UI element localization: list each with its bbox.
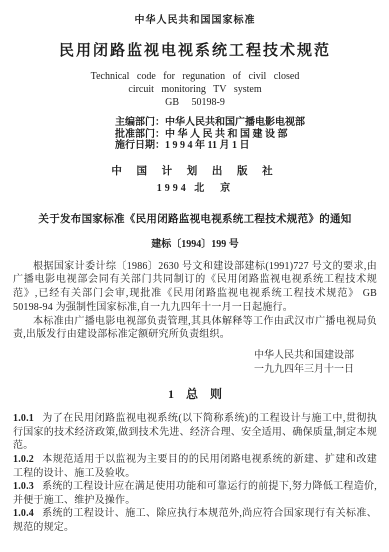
chapter-heading: 1 总 则 — [13, 385, 377, 402]
meta-block: 主编部门：中华人民共和国广播电影电视部 批准部门：中 华 人 民 共 和 国 建… — [115, 117, 305, 152]
notice-doc-number: 建标〔1994〕199 号 — [13, 235, 377, 250]
meta-chief-editor-line: 主编部门：中华人民共和国广播电影电视部 — [115, 117, 305, 129]
meta-effective-date-line: 施行日期：1 9 9 4 年 11 月 1 日 — [115, 140, 305, 152]
publisher-year-city: 1994 北 京 — [13, 179, 377, 194]
clause-number: 1.0.4 — [13, 508, 34, 519]
document-title-zh: 民用闭路监视电视系统工程技术规范 — [13, 39, 377, 60]
clause-number: 1.0.3 — [13, 481, 34, 492]
clause-item: 1.0.4系统的工程设计、施工、除应执行本规范外,尚应符合国家现行有关标准、规范… — [13, 507, 377, 534]
publisher-name: 中 国 计 划 出 版 社 — [13, 163, 377, 178]
signature-org: 中华人民共和国建设部 — [13, 349, 354, 363]
title-en-line1: Technical code for regunation of civil c… — [13, 71, 377, 84]
notice-paragraph-1: 根据国家计委计综〔1986〕2630 号文和建设部建标(1991)727 号文的… — [13, 260, 377, 315]
notice-paragraph-2: 本标准由广播电影电视部负责管理,其具体解释等工作由武汉市广播电视局负责,出版发行… — [13, 315, 377, 343]
clause-number: 1.0.2 — [13, 454, 34, 465]
title-en-line2: circuit monitoring TV system — [13, 84, 377, 97]
clause-item: 1.0.3系统的工程设计应在满足使用功能和可靠运行的前提下,努力降低工程造价,并… — [13, 480, 377, 507]
meta-approval-line: 批准部门：中 华 人 民 共 和 国 建 设 部 — [115, 129, 305, 141]
clause-item: 1.0.1为了在民用闭路监视电视系统(以下简称系统)的工程设计与施工中,贯彻执行… — [13, 412, 377, 453]
document-title-en: Technical code for regunation of civil c… — [13, 71, 377, 96]
clause-text: 为了在民用闭路监视电视系统(以下简称系统)的工程设计与施工中,贯彻执行国家的技术… — [13, 413, 377, 451]
standard-label: 中华人民共和国国家标准 — [13, 11, 377, 26]
document-page: 中华人民共和国国家标准 民用闭路监视电视系统工程技术规范 Technical c… — [0, 0, 389, 552]
clause-text: 本规范适用于以监视为主要目的的民用闭路电视系统的新建、扩建和改建工程的设计、施工… — [13, 454, 377, 479]
clause-text: 系统的工程设计应在满足使用功能和可靠运行的前提下,努力降低工程造价,并便于施工、… — [13, 481, 377, 506]
notice-title: 关于发布国家标准《民用闭路监视电视系统工程技术规范》的通知 — [13, 211, 377, 226]
signature-date: 一九九四年三月十一日 — [13, 363, 354, 377]
clause-number: 1.0.1 — [13, 413, 34, 424]
standard-code: GB 50198-9 — [13, 97, 377, 108]
publisher-block: 中 国 计 划 出 版 社 1994 北 京 — [13, 163, 377, 194]
signature-block: 中华人民共和国建设部 一九九四年三月十一日 — [13, 349, 377, 376]
clause-list: 1.0.1为了在民用闭路监视电视系统(以下简称系统)的工程设计与施工中,贯彻执行… — [13, 412, 377, 534]
clause-item: 1.0.2本规范适用于以监视为主要目的的民用闭路电视系统的新建、扩建和改建工程的… — [13, 453, 377, 480]
clause-text: 系统的工程设计、施工、除应执行本规范外,尚应符合国家现行有关标准、规范的规定。 — [13, 508, 377, 533]
